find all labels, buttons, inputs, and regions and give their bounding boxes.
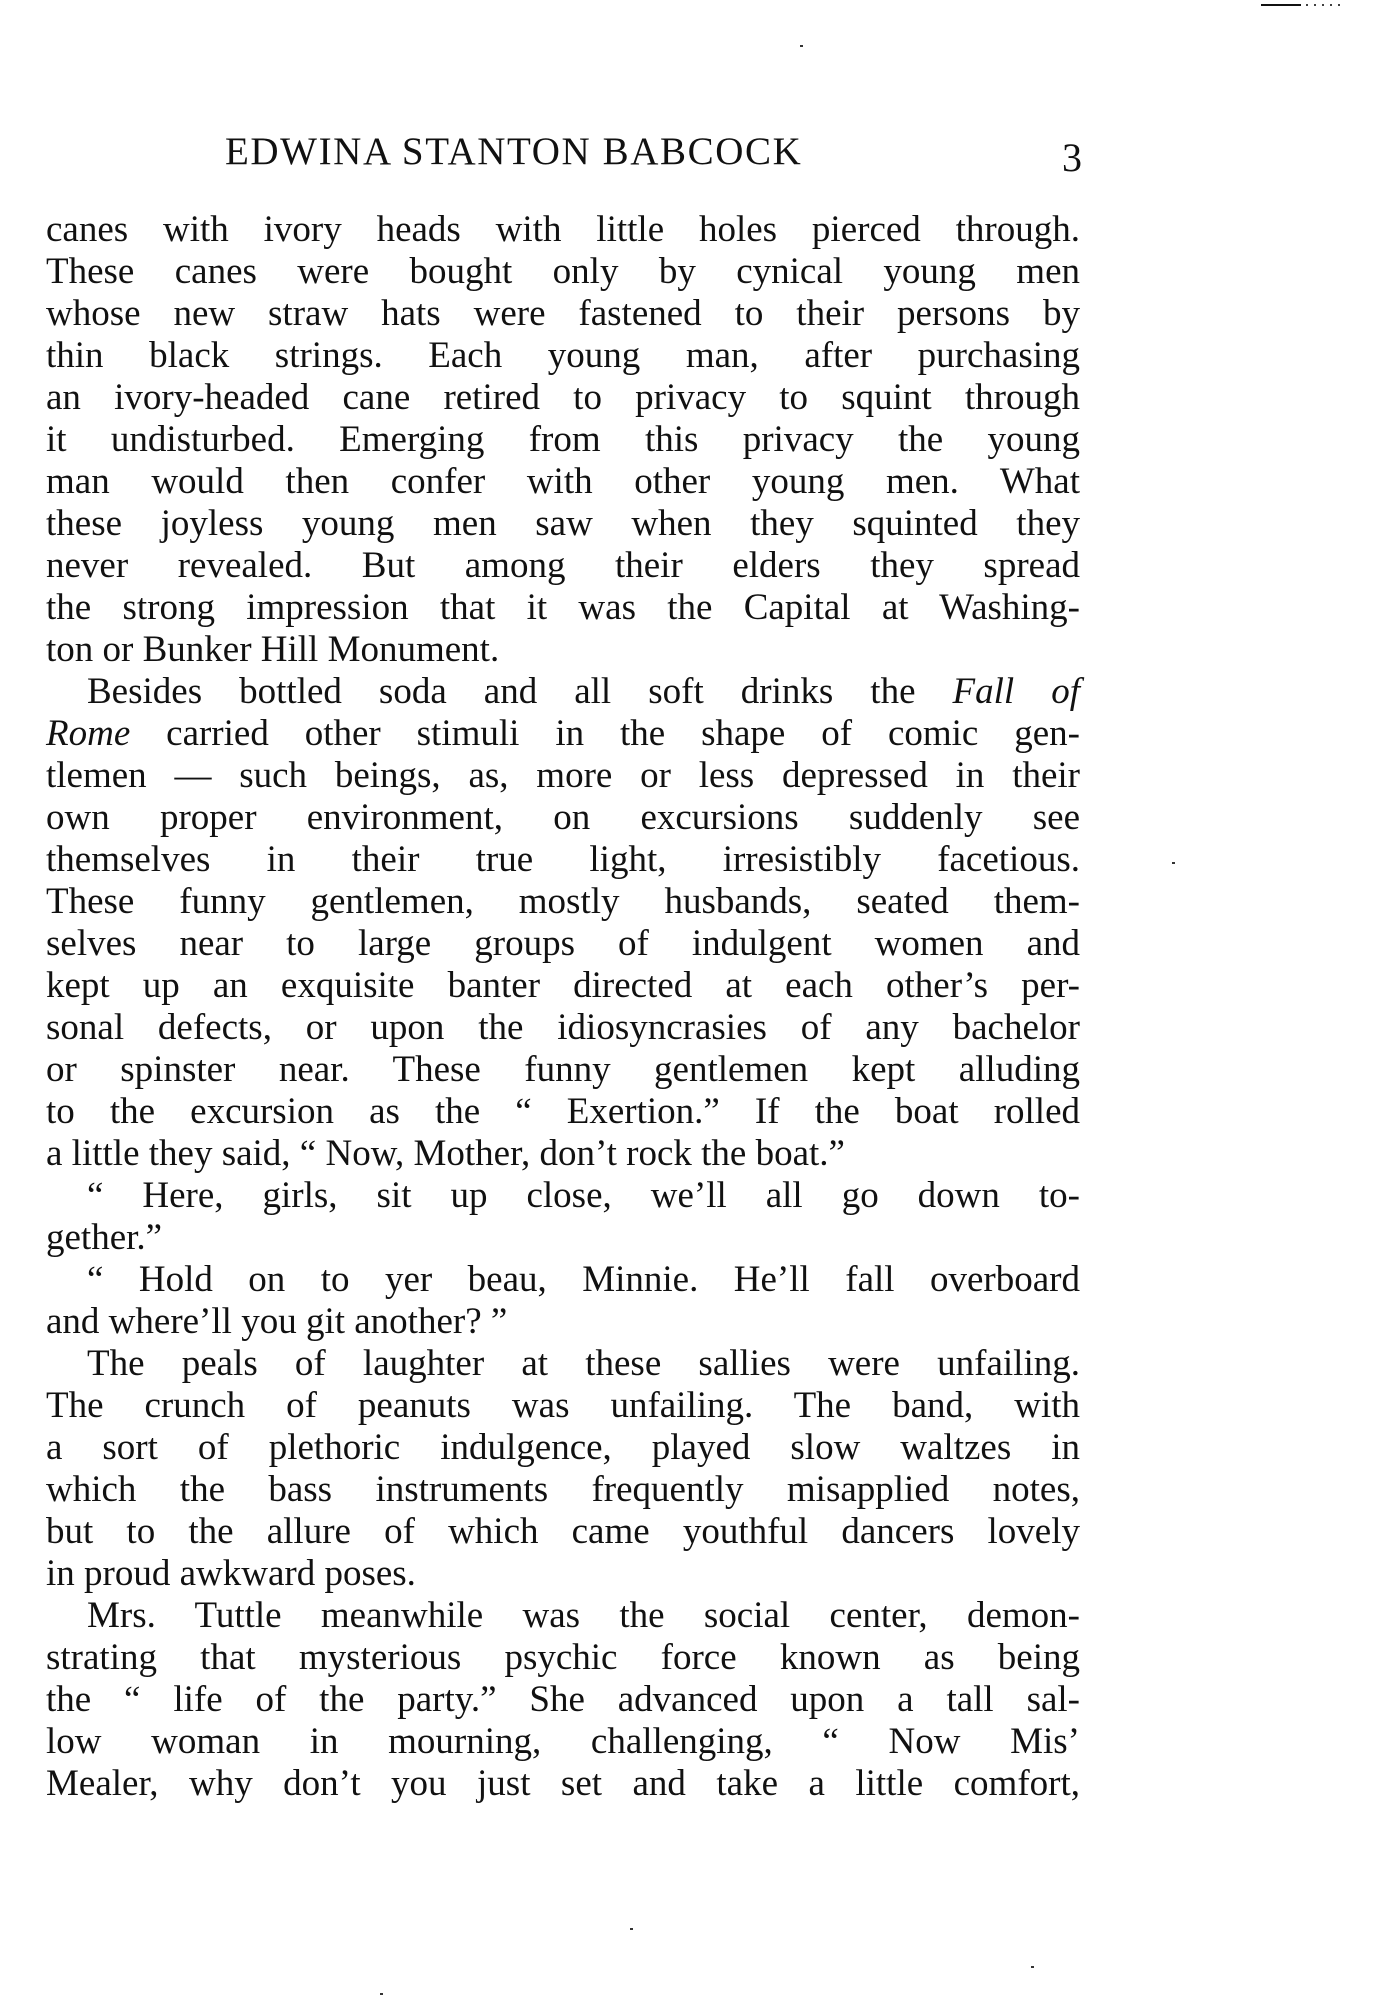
text-line: tlemen — such beings, as, more or less d… xyxy=(46,755,1080,797)
text-line: sonal defects, or upon the idiosyncrasie… xyxy=(46,1007,1080,1049)
text-line: the “ life of the party.” She advanced u… xyxy=(46,1679,1080,1721)
text-line: canes with ivory heads with little holes… xyxy=(46,209,1080,251)
text-line: a sort of plethoric indulgence, played s… xyxy=(46,1427,1080,1469)
text-line: Besides bottled soda and all soft drinks… xyxy=(46,671,1080,713)
scan-speck xyxy=(1172,862,1175,864)
text-line: whose new straw hats were fastened to th… xyxy=(46,293,1080,335)
text-line: “ Hold on to yer beau, Minnie. He’ll fal… xyxy=(46,1259,1080,1301)
text-line: man would then confer with other young m… xyxy=(46,461,1080,503)
text-line: never revealed. But among their elders t… xyxy=(46,545,1080,587)
scan-speck xyxy=(380,1993,383,1995)
text-line: it undisturbed. Emerging from this priva… xyxy=(46,419,1080,461)
scan-speck xyxy=(1031,1966,1034,1968)
text-line: These funny gentlemen, mostly husbands, … xyxy=(46,881,1080,923)
text-line: an ivory-headed cane retired to privacy … xyxy=(46,377,1080,419)
text-line: and where’ll you git another? ” xyxy=(46,1301,1080,1343)
book-page: EDWINA STANTON BABCOCK 3 canes with ivor… xyxy=(0,0,1389,2007)
text-line: The peals of laughter at these sallies w… xyxy=(46,1343,1080,1385)
text-line: Rome carried other stimuli in the shape … xyxy=(46,713,1080,755)
scan-speck xyxy=(800,45,803,47)
text-line: thin black strings. Each young man, afte… xyxy=(46,335,1080,377)
scan-speck xyxy=(630,1928,633,1930)
text-line: Mrs. Tuttle meanwhile was the social cen… xyxy=(46,1595,1080,1637)
text-line: low woman in mourning, challenging, “ No… xyxy=(46,1721,1080,1763)
text-line: strating that mysterious psychic force k… xyxy=(46,1637,1080,1679)
text-run: Besides bottled soda and all soft drinks… xyxy=(87,671,953,712)
text-line: to the excursion as the “ Exertion.” If … xyxy=(46,1091,1080,1133)
scan-artifact-rule xyxy=(1261,4,1301,6)
text-line: own proper environment, on excursions su… xyxy=(46,797,1080,839)
text-line: which the bass instruments frequently mi… xyxy=(46,1469,1080,1511)
text-run: carried other stimuli in the shape of co… xyxy=(130,713,1080,754)
text-line: The crunch of peanuts was unfailing. The… xyxy=(46,1385,1080,1427)
text-line: ton or Bunker Hill Monument. xyxy=(46,629,1080,671)
text-line: or spinster near. These funny gentlemen … xyxy=(46,1049,1080,1091)
running-head: EDWINA STANTON BABCOCK xyxy=(225,128,905,176)
text-line: but to the allure of which came youthful… xyxy=(46,1511,1080,1553)
text-line: these joyless young men saw when they sq… xyxy=(46,503,1080,545)
body-text: canes with ivory heads with little holes… xyxy=(46,209,1080,1805)
text-line: gether.” xyxy=(46,1217,1080,1259)
scan-artifact-dots xyxy=(1303,3,1345,7)
italic-title: Rome xyxy=(46,713,130,754)
page-number: 3 xyxy=(1062,134,1082,182)
text-line: These canes were bought only by cynical … xyxy=(46,251,1080,293)
text-line: selves near to large groups of indulgent… xyxy=(46,923,1080,965)
text-line: kept up an exquisite banter directed at … xyxy=(46,965,1080,1007)
text-line: in proud awkward poses. xyxy=(46,1553,1080,1595)
text-line: the strong impression that it was the Ca… xyxy=(46,587,1080,629)
text-line: themselves in their true light, irresist… xyxy=(46,839,1080,881)
text-line: a little they said, “ Now, Mother, don’t… xyxy=(46,1133,1080,1175)
text-line: “ Here, girls, sit up close, we’ll all g… xyxy=(46,1175,1080,1217)
text-line: Mealer, why don’t you just set and take … xyxy=(46,1763,1080,1805)
italic-title: Fall of xyxy=(953,671,1080,712)
